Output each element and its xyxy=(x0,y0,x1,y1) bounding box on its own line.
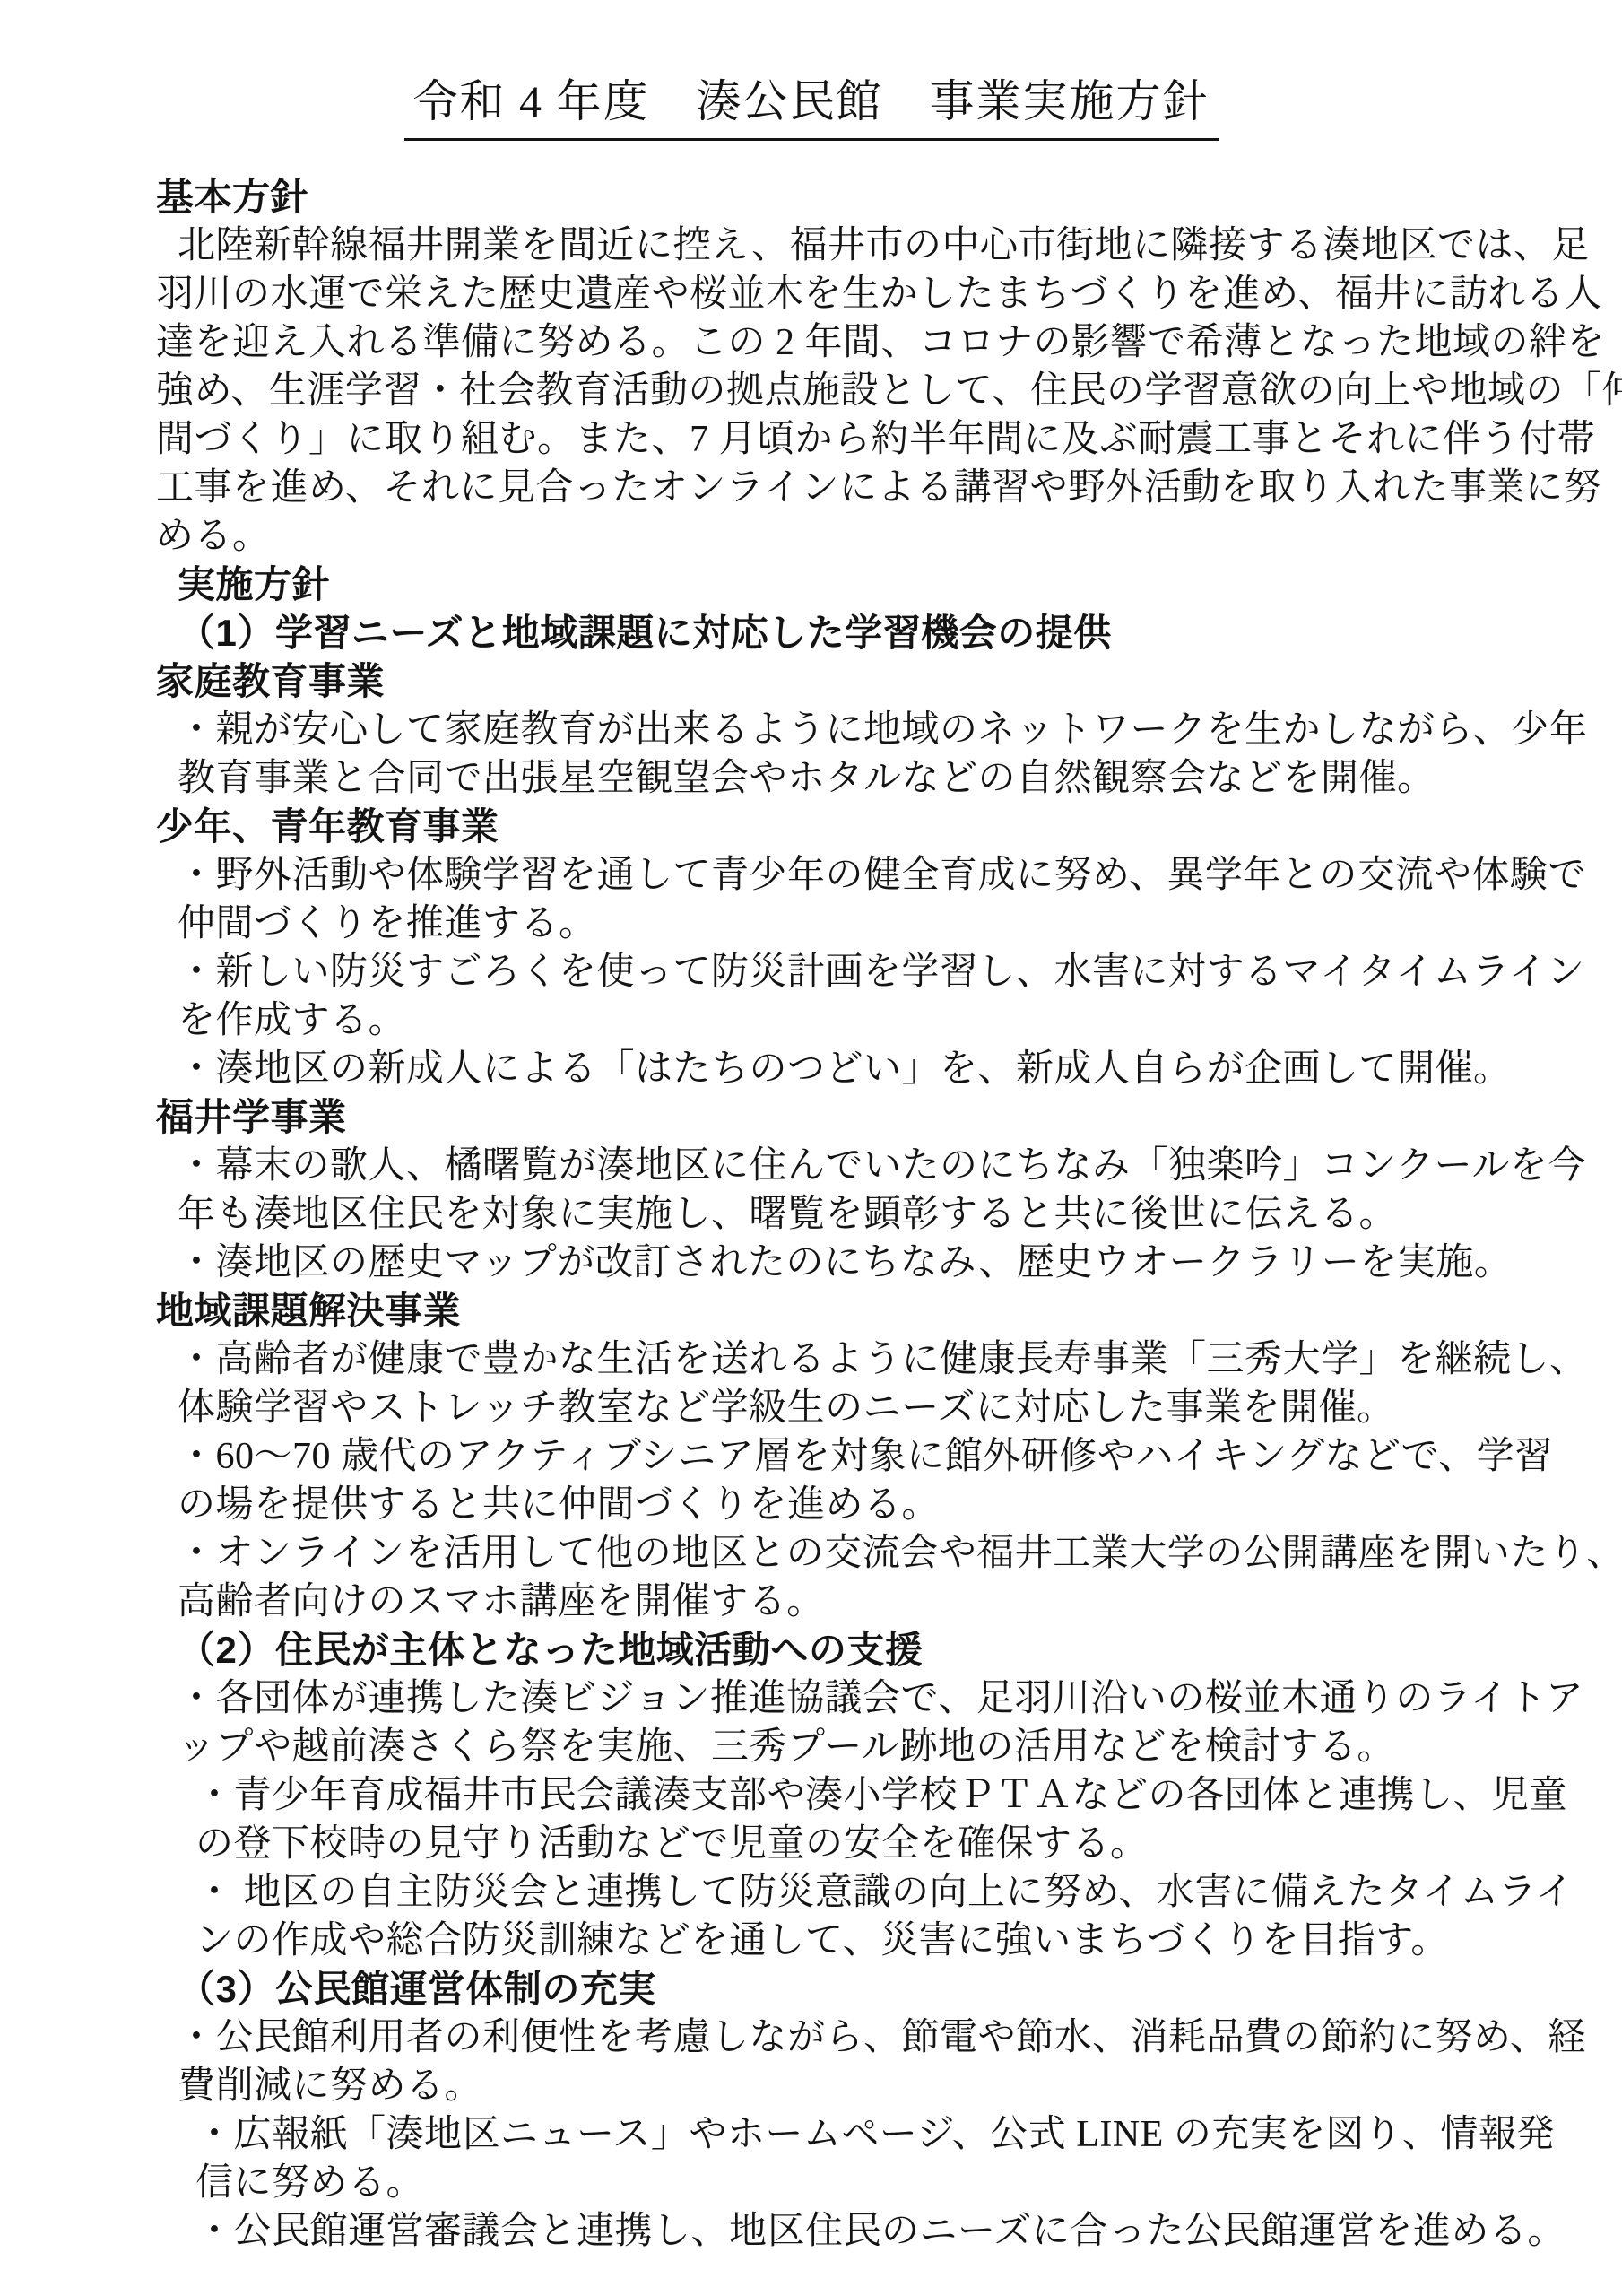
text-line: ンの作成や総合防災訓練などを通して、災害に強いまちづくりを目指す。 xyxy=(156,1917,1509,1965)
text-line: ・湊地区の新成人による「はたちのつどい」を、新成人自らが企画して開催。 xyxy=(156,1045,1509,1093)
text-line: 羽川の水運で栄えた歴史遺産や桜並木を生かしたまちづくりを進め、福井に訪れる人 xyxy=(156,270,1509,318)
text-line: ・広報紙「湊地区ニュース」やホームページ、公式 LINE の充実を図り、情報発 xyxy=(156,2110,1509,2159)
text-line: の登下校時の見守り活動などで児童の安全を確保する。 xyxy=(156,1820,1509,1868)
section-heading: 少年、青年教育事業 xyxy=(156,803,1509,851)
text-line: ・湊地区の歴史マップが改訂されたのにちなみ、歴史ウオークラリーを実施。 xyxy=(156,1239,1509,1287)
section-heading: 実施方針 xyxy=(156,561,1509,609)
text-line: 仲間づくりを推進する。 xyxy=(156,900,1509,948)
text-line: 間づくり」に取り組む。また、7 月頃から約半年間に及ぶ耐震工事とそれに伴う付帯 xyxy=(156,415,1509,464)
text-line: ・幕末の歌人、橘曙覧が湊地区に住んでいたのにちなみ「独楽吟」コンクールを今 xyxy=(156,1142,1509,1190)
section-heading: （3）公民館運営体制の充実 xyxy=(156,1965,1509,2013)
text-line: 信に努める。 xyxy=(156,2159,1509,2207)
text-line: ・野外活動や体験学習を通して青少年の健全育成に努め、異学年との交流や体験で xyxy=(156,851,1509,900)
text-line: ・オンラインを活用して他の地区との交流会や福井工業大学の公開講座を開いたり、 xyxy=(156,1529,1509,1578)
title-row: 令和 4 年度 湊公民館 事業実施方針 xyxy=(0,72,1622,141)
text-line: 北陸新幹線福井開業を間近に控え、福井市の中心市街地に隣接する湊地区では、足 xyxy=(156,222,1509,270)
section-heading: 家庭教育事業 xyxy=(156,657,1509,706)
text-line: ・公民館利用者の利便性を考慮しながら、節電や節水、消耗品費の節約に努め、経 xyxy=(156,2013,1509,2062)
text-line: ・公民館運営審議会と連携し、地区住民のニーズに合った公民館運営を進める。 xyxy=(156,2207,1509,2256)
section-heading: （1）学習ニーズと地域課題に対応した学習機会の提供 xyxy=(156,609,1509,657)
text-line: ・高齢者が健康で豊かな生活を送れるように健康長寿事業「三秀大学」を継続し、 xyxy=(156,1335,1509,1384)
text-line: を作成する。 xyxy=(156,996,1509,1045)
text-line: 教育事業と合同で出張星空観望会やホタルなどの自然観察会などを開催。 xyxy=(156,754,1509,803)
section-heading: （2）住民が主体となった地域活動への支援 xyxy=(156,1626,1509,1674)
text-line: ・青少年育成福井市民会議湊支部や湊小学校ＰＴＡなどの各団体と連携し、児童 xyxy=(156,1771,1509,1820)
text-line: ・親が安心して家庭教育が出来るように地域のネットワークを生かしながら、少年 xyxy=(156,706,1509,754)
text-line: める。 xyxy=(156,512,1509,561)
text-line: 費削減に努める。 xyxy=(156,2062,1509,2110)
text-line: ・新しい防災すごろくを使って防災計画を学習し、水害に対するマイタイムライン xyxy=(156,948,1509,996)
section-heading: 福井学事業 xyxy=(156,1093,1509,1142)
section-heading: 地域課題解決事業 xyxy=(156,1287,1509,1335)
text-line: ・60～70 歳代のアクティブシニア層を対象に館外研修やハイキングなどで、学習 xyxy=(156,1432,1509,1481)
text-line: 工事を進め、それに見合ったオンラインによる講習や野外活動を取り入れた事業に努 xyxy=(156,464,1509,512)
text-line: 高齢者向けのスマホ講座を開催する。 xyxy=(156,1578,1509,1626)
text-line: 体験学習やストレッチ教室など学級生のニーズに対応した事業を開催。 xyxy=(156,1384,1509,1432)
text-line: 達を迎え入れる準備に努める。この 2 年間、コロナの影響で希薄となった地域の絆を xyxy=(156,318,1509,367)
text-line: 年も湊地区住民を対象に実施し、曙覧を顕彰すると共に後世に伝える。 xyxy=(156,1190,1509,1239)
text-line: の場を提供すると共に仲間づくりを進める。 xyxy=(156,1481,1509,1529)
document-title: 令和 4 年度 湊公民館 事業実施方針 xyxy=(404,72,1219,141)
section-heading: 基本方針 xyxy=(156,173,1509,222)
document-body: 基本方針北陸新幹線福井開業を間近に控え、福井市の中心市街地に隣接する湊地区では、… xyxy=(156,173,1509,2256)
text-line: ップや越前湊さくら祭を実施、三秀プール跡地の活用などを検討する。 xyxy=(156,1723,1509,1771)
text-line: ・各団体が連携した湊ビジョン推進協議会で、足羽川沿いの桜並木通りのライトア xyxy=(156,1674,1509,1723)
text-line: ・ 地区の自主防災会と連携して防災意識の向上に努め、水害に備えたタイムライ xyxy=(156,1868,1509,1917)
document-page: 令和 4 年度 湊公民館 事業実施方針 基本方針北陸新幹線福井開業を間近に控え、… xyxy=(0,0,1622,2296)
text-line: 強め、生涯学習・社会教育活動の拠点施設として、住民の学習意欲の向上や地域の「仲 xyxy=(156,367,1509,415)
